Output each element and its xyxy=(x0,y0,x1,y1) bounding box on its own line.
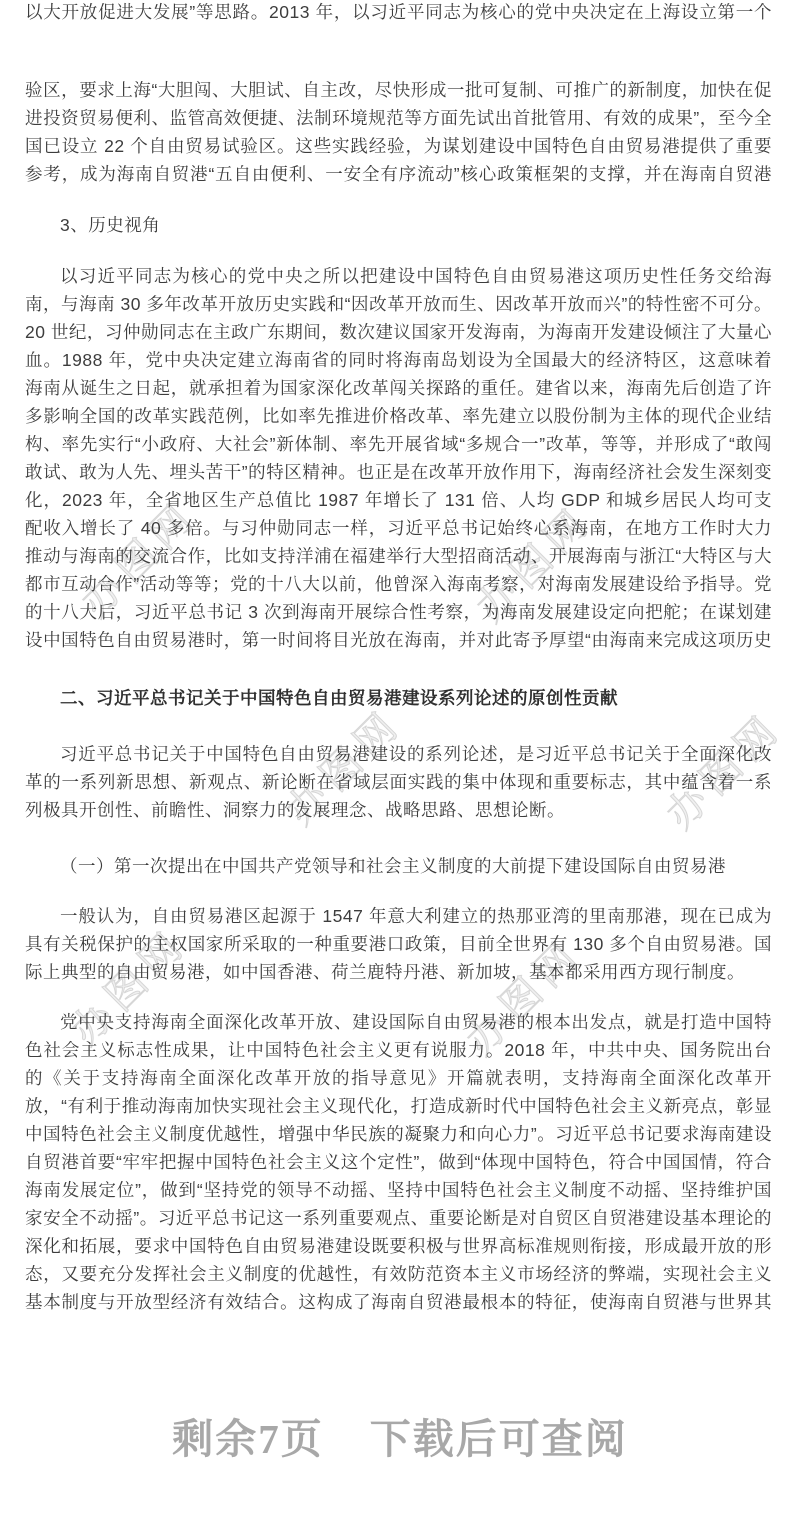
subheading-historical-perspective: 3、历史视角 xyxy=(25,211,772,240)
paragraph-continuation-top: 以大开放促进大发展”等思路。2013 年，以习近平同志为核心的党中央决定在上海设… xyxy=(25,0,772,27)
subheading-item-one: （一）第一次提出在中国共产党领导和社会主义制度的大前提下建设国际自由贸易港 xyxy=(25,852,772,882)
paragraph-continuation: 验区，要求上海“大胆闯、大胆试、自主改，尽快形成一批可复制、可推广的新制度，加快… xyxy=(25,76,772,190)
preview-footer-notice: 剩余7页下载后可查阅 xyxy=(0,1406,800,1465)
remaining-pages-label: 剩余7页 xyxy=(172,1416,324,1462)
paragraph-body: 以习近平同志为核心的党中央之所以把建设中国特色自由贸易港这项历史性任务交给海南，… xyxy=(25,262,772,656)
download-hint-label: 下载后可查阅 xyxy=(370,1416,628,1462)
paragraph-body: 党中央支持海南全面深化改革开放、建设国际自由贸易港的根本出发点，就是打造中国特色… xyxy=(25,1008,772,1318)
document-page: 办图网 办图网 办图网 办图网 办图网 办图网 以大开放促进大发展”等思路。20… xyxy=(0,0,800,1518)
paragraph-body: 一般认为，自由贸易港区起源于 1547 年意大利建立的热那亚湾的里南那港，现在已… xyxy=(25,902,772,988)
paragraph-body: 习近平总书记关于中国特色自由贸易港建设的系列论述，是习近平总书记关于全面深化改革… xyxy=(25,740,772,826)
section-heading-two: 二、习近平总书记关于中国特色自由贸易港建设系列论述的原创性贡献 xyxy=(25,684,772,714)
